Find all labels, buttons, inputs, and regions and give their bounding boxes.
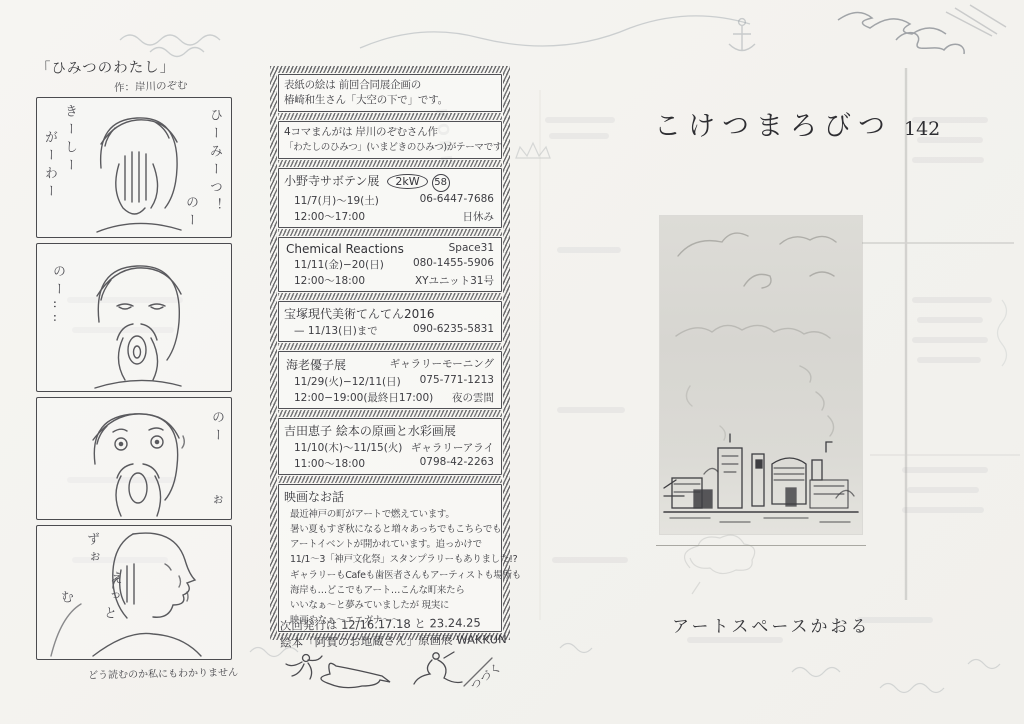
face-calling-drawing [37,244,233,390]
pen-scribble-top-right [838,5,1006,54]
comic-caption: どう読むのか私にもわかりません [88,663,236,681]
event-phone: 06-6447-7686 [420,193,494,208]
comic-panel-3: のー ぉ [36,397,232,520]
face-surprised-drawing [37,398,233,518]
event-note: XYユニット31号 [415,273,494,288]
event-title-text: 小野寺サボテン展 [284,174,379,188]
event-title: 小野寺サボテン展2kW58 [284,172,496,192]
wave-scribble-top [120,16,750,57]
next-issue-note: 次回発行は 12/16.17.18 と 23.24.25 絵本「阿賀のお地蔵さん… [280,614,507,652]
crown-doodle-icon [516,143,550,158]
event-phone: 075-771-1213 [420,374,494,389]
comic-strip: 「ひみつのわたし」 作：岸川のぞむ ひーみーつ！ のー きーしー がーわー のー… [36,56,236,680]
sketch-underline [656,545,866,546]
masthead: こけつまろびつ 142 [654,104,940,143]
event-note: 夜の雲間 [452,390,494,405]
essay-line: 暑い夏もすぎ秋になると増々あっちでもこちらでも [284,522,496,537]
cover-note-line1: 表紙の絵は 前回合同展企画の [284,78,496,93]
manga-note-box: 4コマまんがは 岸川のぞむさん作 「わたしのひみつ」(いまどきのひみつ)がテーマ… [278,121,502,158]
event-time: 12:00−19:00(最終日17:00) [294,390,433,405]
kw-badge: 2kW [387,174,427,189]
event-phone: 090-6235-5831 [413,323,494,338]
cover-note-line2: 椿崎和生さん「大空の下で」です。 [284,93,496,108]
event-title-text: 宝塚現代美術てんてん2016 [284,305,496,322]
manga-note-line2: 「わたしのひみつ」(いまどきのひみつ)がテーマです [284,141,496,155]
skyline-drawing [664,434,858,522]
sfx-panel1-mid: のー [184,195,197,231]
comic-title: 「ひみつのわたし」 [36,55,236,78]
event-box-yoshida-keiko: 吉田恵子 絵本の原画と水彩画展 11/10(木)〜11/15(火)ギャラリーアラ… [278,418,502,475]
comic-credit: 作：岸川のぞむ [114,76,236,95]
sfx-panel2-left: のー‥‥ [51,264,64,327]
event-title-text: Chemical Reactions [286,242,404,256]
sfx-panel3-right-bottom: ぉ [208,493,221,511]
event-time: 12:00〜17:00 [294,209,365,224]
listings-column: 表紙の絵は 前回合同展企画の 椿崎和生さん「大空の下で」です。 4コマまんがは … [270,66,510,640]
comic-panel-4: ずぉ えっと む [36,525,232,660]
event-date: 11/29(火)−12/11(日) [294,374,401,389]
event-box-ebi-yuko: 海老優子展ギャラリーモーニング 11/29(火)−12/11(日)075-771… [278,351,502,409]
zine-title: こけつまろびつ [654,104,892,143]
essay-line: ギャラリーもCafeも歯医者さんもアーティストも場所も [284,568,496,583]
scribble-divider [278,476,502,483]
event-date: 11/11(金)−20(日) [294,257,384,272]
creature-doodles [278,648,498,708]
cityscape-sketch [660,216,862,534]
scribble-divider [278,343,502,350]
event-note: 日休み [463,209,495,224]
event-date: — 11/13(日)まで [294,323,378,338]
essay-box: 映画なお話 最近神戸の町がアートで燃えています。 暑い夏もすぎ秋になると増々あっ… [278,484,502,633]
scribble-divider [278,293,502,300]
event-box-chemical-reactions: Chemical ReactionsSpace31 11/11(金)−20(日)… [278,237,502,292]
scribble-divider [278,410,502,417]
scribble-divider [278,229,502,236]
sfx-panel4-a: ずぉ [85,532,98,568]
event-venue: ギャラリーアライ [411,440,494,455]
ghost-speech-bubble [685,535,755,594]
event-date: 11/7(月)〜19(土) [294,193,379,208]
sfx-panel1-left-b: がーわー [43,130,56,202]
zine-scan-page: { "page": { "title": "こけつまろびつ", "issue":… [0,0,1024,724]
sfx-panel1-right: ひーみーつ！ [208,108,221,216]
scribble-divider [278,113,502,120]
essay-line: アートイベントが開かれています。追っかけで [284,537,496,552]
cover-note-box: 表紙の絵は 前回合同展企画の 椿崎和生さん「大空の下で」です。 [278,74,502,112]
event-box-onodera: 小野寺サボテン展2kW58 11/7(月)〜19(土)06-6447-7686 … [278,168,502,228]
scribble-divider [278,160,502,167]
essay-line: いいなぁ〜と夢みていましたが 現実に [284,598,496,613]
sfx-panel4-c: む [59,590,72,608]
essay-line: 11/1〜3「神戸文化祭」スタンプラリーもありました!? [284,552,496,567]
anchor-doodle-icon [729,19,755,51]
essay-title: 映画なお話 [284,488,496,505]
comic-panel-2: のー‥‥ [36,243,232,392]
sfx-panel1-left-a: きーしー [63,104,76,176]
event-title-text: 海老優子展 [286,356,346,373]
event-venue: Space31 [449,242,494,256]
cloud-scribbles [676,233,836,440]
manga-note-line1: 4コマまんがは 岸川のぞむさん作 [284,125,496,140]
event-time: 11:00〜18:00 [294,456,365,471]
event-title-text: 吉田恵子 絵本の原画と水彩画展 [284,422,496,439]
event-phone: 0798-42-2263 [420,456,494,471]
essay-line: 最近神戸の町がアートで燃えています。 [284,507,496,522]
essay-line: 海岸も…どこでもアート…こんな町来たら [284,583,496,598]
sfx-panel3-right-top: のー [210,410,223,446]
event-time: 12:00〜18:00 [294,273,365,288]
event-box-takarazuka: 宝塚現代美術てんてん2016 — 11/13(日)まで090-6235-5831 [278,301,502,342]
event-phone: 080-1455-5906 [413,257,494,272]
event-date: 11/10(木)〜11/15(火) [294,440,402,455]
event-venue: ギャラリーモーニング [390,356,494,373]
publisher-name: アートスペースかおる [672,612,870,637]
comic-panel-1: ひーみーつ！ のー きーしー がーわー [36,97,232,238]
issue-number: 142 [904,118,940,140]
number-badge: 58 [432,174,450,192]
